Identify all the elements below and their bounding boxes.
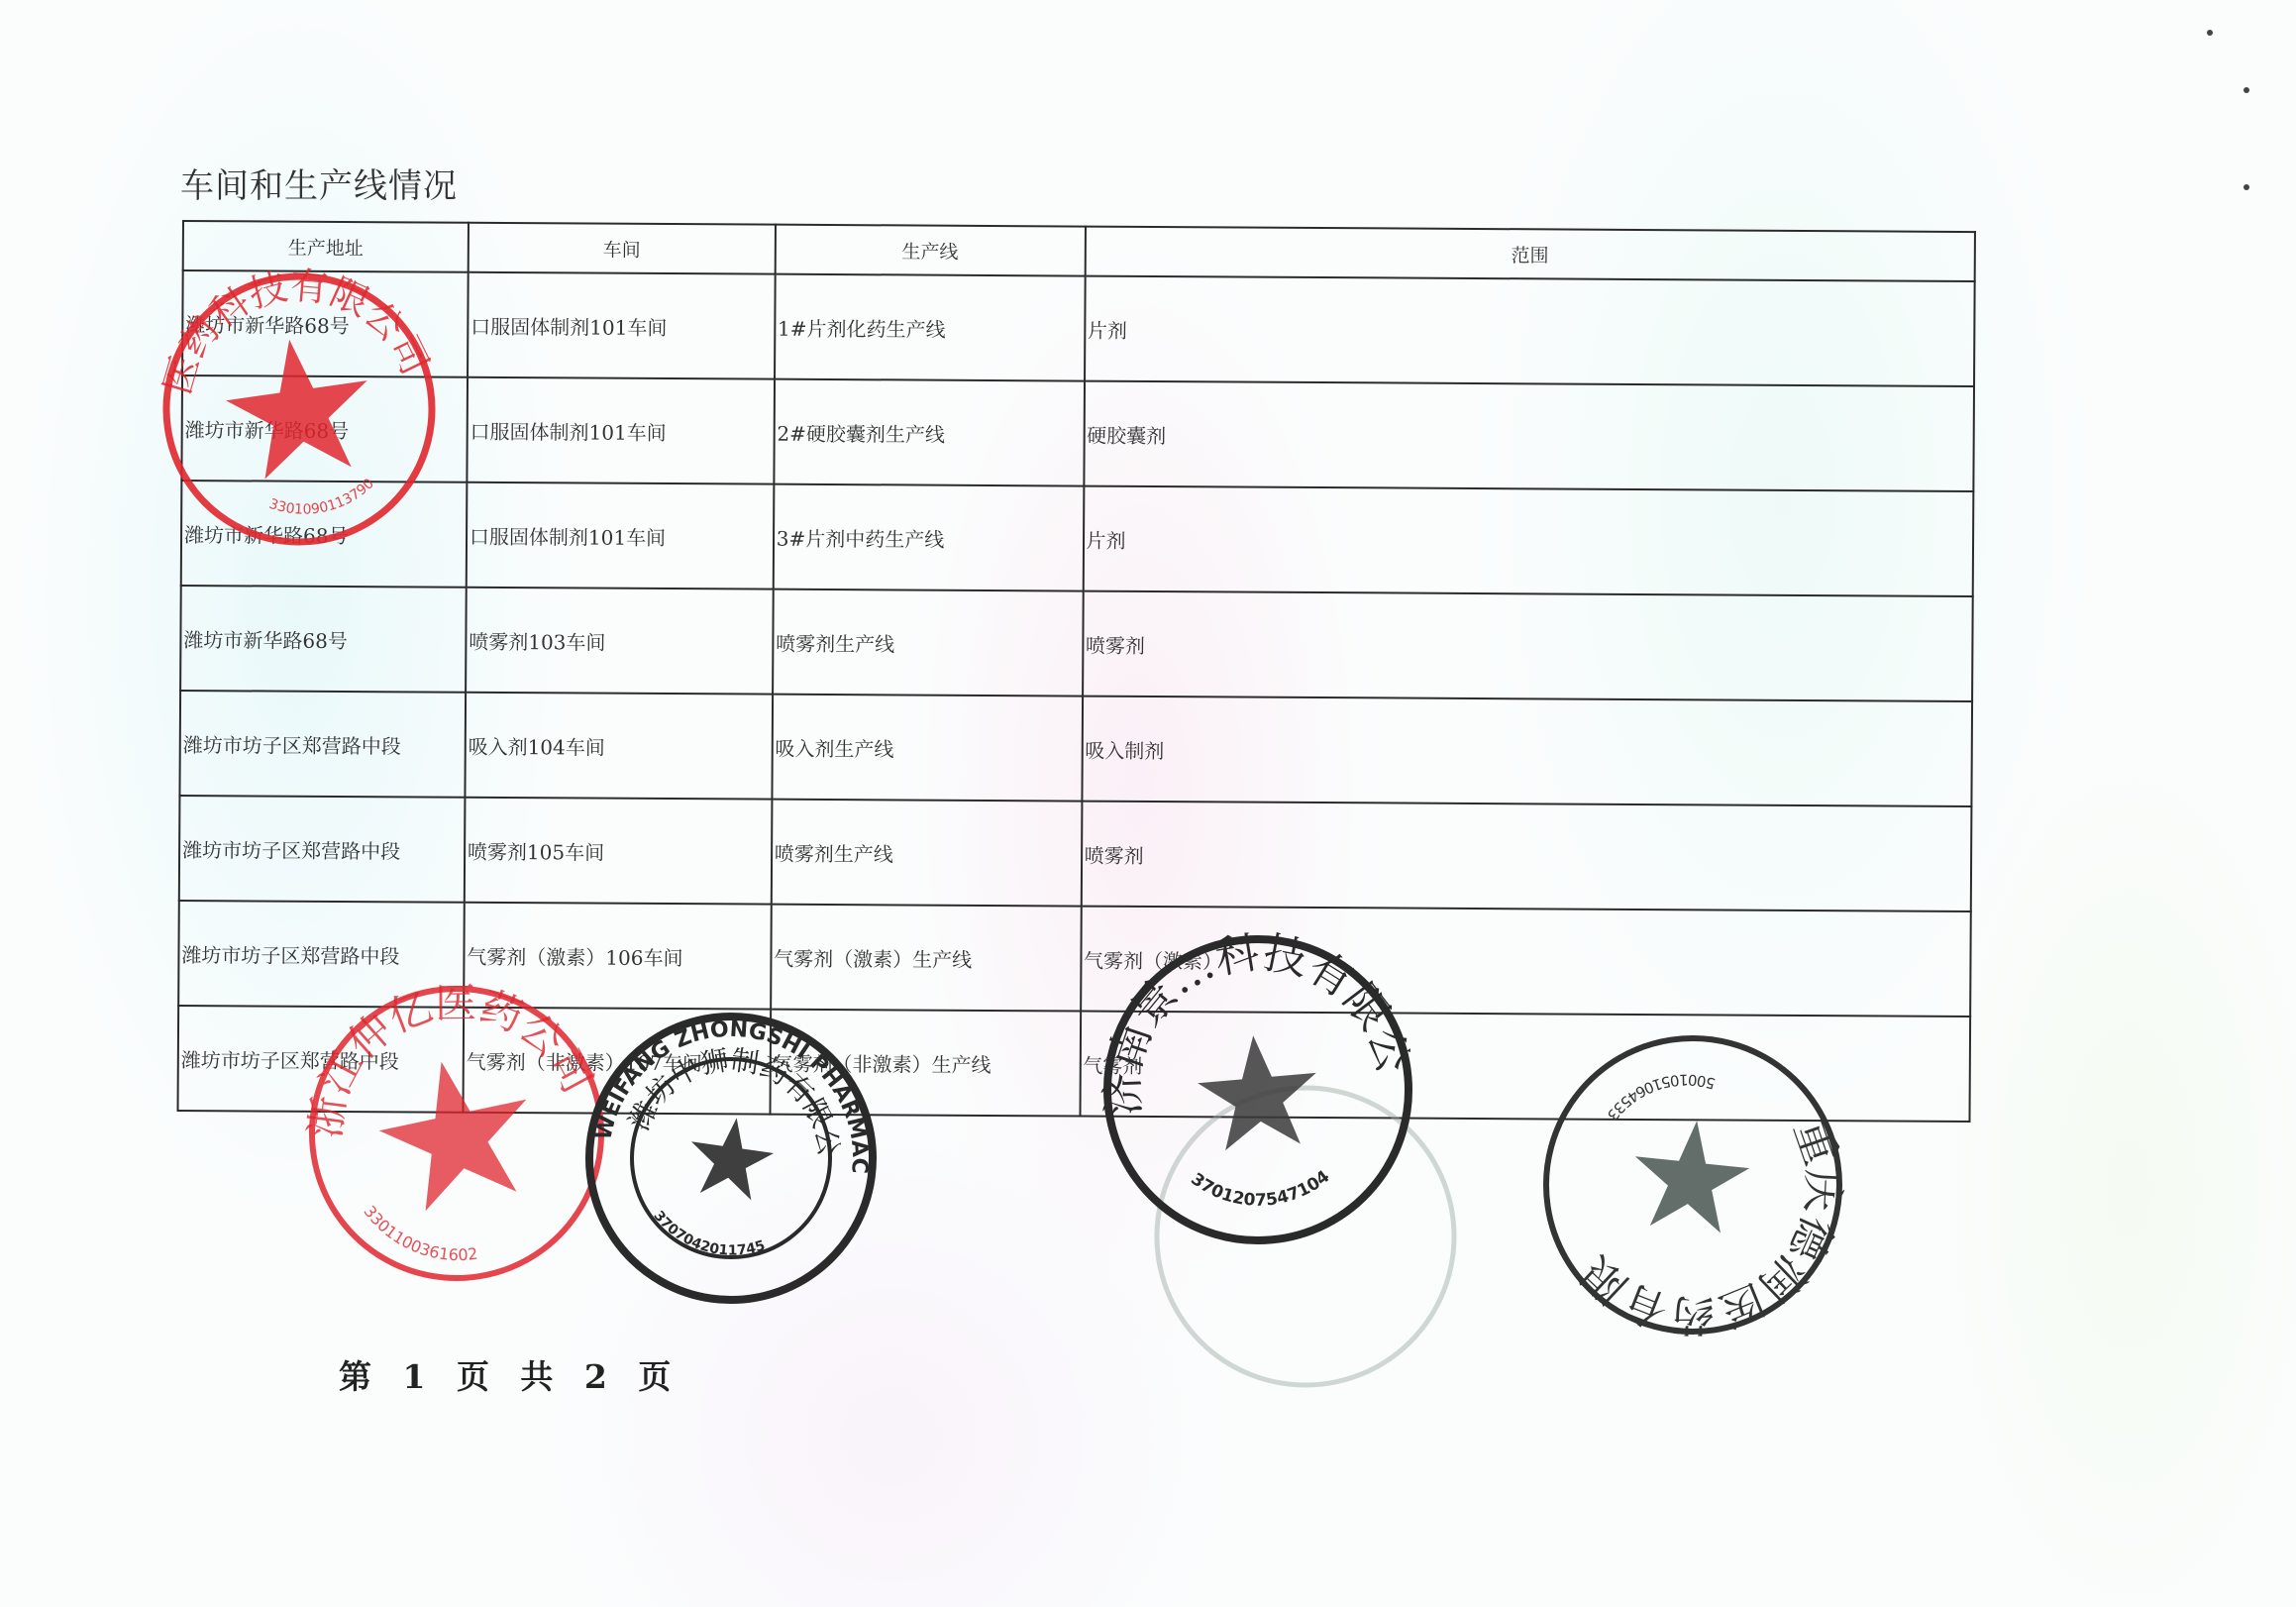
table-row: 潍坊市坊子区郑营路中段喷雾剂105车间喷雾剂生产线喷雾剂 [179,796,1972,911]
scan-speck [2244,184,2249,190]
svg-text:3301100361602: 3301100361602 [359,1183,480,1284]
cell-workshop: 口服固体制剂101车间 [467,377,775,484]
cell-scope: 片剂 [1083,486,1973,596]
cell-address: 潍坊市坊子区郑营路中段 [178,901,465,1008]
cell-line: 喷雾剂生产线 [772,800,1082,907]
cell-scope: 片剂 [1085,276,1975,386]
cell-line: 3#片剂中药生产线 [773,484,1083,591]
cell-scope: 硬胶囊剂 [1084,381,1974,491]
page-number: 第 1 页 共 2 页 [339,1351,680,1398]
page-title: 车间和生产线情况 [180,159,458,207]
cell-workshop: 口服固体制剂101车间 [467,482,775,589]
table-row: 潍坊市新华路68号口服固体制剂101车间2#硬胶囊剂生产线硬胶囊剂 [181,375,1974,491]
table-row: 潍坊市新华路68号口服固体制剂101车间1#片剂化药生产线片剂 [182,270,1975,386]
cell-address: 潍坊市坊子区郑营路中段 [178,1006,465,1113]
cell-address: 潍坊市新华路68号 [181,481,468,588]
cell-workshop: 喷雾剂105车间 [465,798,773,905]
cell-line: 1#片剂化药生产线 [775,274,1085,381]
table-row: 潍坊市新华路68号喷雾剂103车间喷雾剂生产线喷雾剂 [180,586,1973,701]
workshop-table: 生产地址 车间 生产线 范围 潍坊市新华路68号口服固体制剂101车间1#片剂化… [177,220,1976,1123]
svg-text:3701207547104: 3701207547104 [1186,1157,1335,1217]
cell-line: 吸入剂生产线 [772,695,1082,802]
header-address: 生产地址 [183,221,469,272]
stamp-faded [1147,1078,1464,1395]
cell-line: 喷雾剂生产线 [773,589,1083,696]
cell-workshop: 口服固体制剂101车间 [468,272,776,379]
cell-workshop: 气雾剂（激素）106车间 [464,903,772,1010]
cell-scope: 气雾剂 [1080,1012,1970,1122]
table-row: 潍坊市坊子区郑营路中段气雾剂（激素）106车间气雾剂（激素）生产线气雾剂（激素） [178,901,1971,1017]
header-scope: 范围 [1085,227,1975,281]
cell-address: 潍坊市新华路68号 [180,586,467,693]
cell-scope: 吸入制剂 [1082,696,1972,806]
cell-workshop: 吸入剂104车间 [465,693,773,800]
header-line: 生产线 [775,225,1085,276]
cell-line: 2#硬胶囊剂生产线 [774,379,1084,486]
svg-text:3707042011745: 3707042011745 [646,1207,771,1265]
scan-speck [2207,30,2213,36]
cell-scope: 喷雾剂 [1081,802,1971,911]
cell-address: 潍坊市新华路68号 [182,270,469,377]
cell-address: 潍坊市坊子区郑营路中段 [179,691,466,798]
scan-speck [2244,87,2249,93]
header-workshop: 车间 [469,223,776,274]
cell-workshop: 气雾剂（非激素）107车间 [463,1008,771,1115]
cell-line: 气雾剂（激素）生产线 [771,905,1081,1012]
table-row: 潍坊市新华路68号口服固体制剂101车间3#片剂中药生产线片剂 [181,481,1974,596]
table-row: 潍坊市坊子区郑营路中段气雾剂（非激素）107车间气雾剂（非激素）生产线气雾剂 [178,1006,1971,1122]
cell-scope: 气雾剂（激素） [1081,907,1971,1017]
svg-text:重庆德润医药有限公司: 重庆德润医药有限公司 [1558,1095,1942,1430]
cell-line: 气雾剂（非激素）生产线 [770,1010,1080,1117]
cell-address: 潍坊市新华路68号 [181,375,468,482]
table-row: 潍坊市坊子区郑营路中段吸入剂104车间吸入剂生产线吸入制剂 [179,691,1972,806]
cell-workshop: 喷雾剂103车间 [466,588,774,695]
cell-address: 潍坊市坊子区郑营路中段 [179,796,466,903]
cell-scope: 喷雾剂 [1083,591,1973,701]
